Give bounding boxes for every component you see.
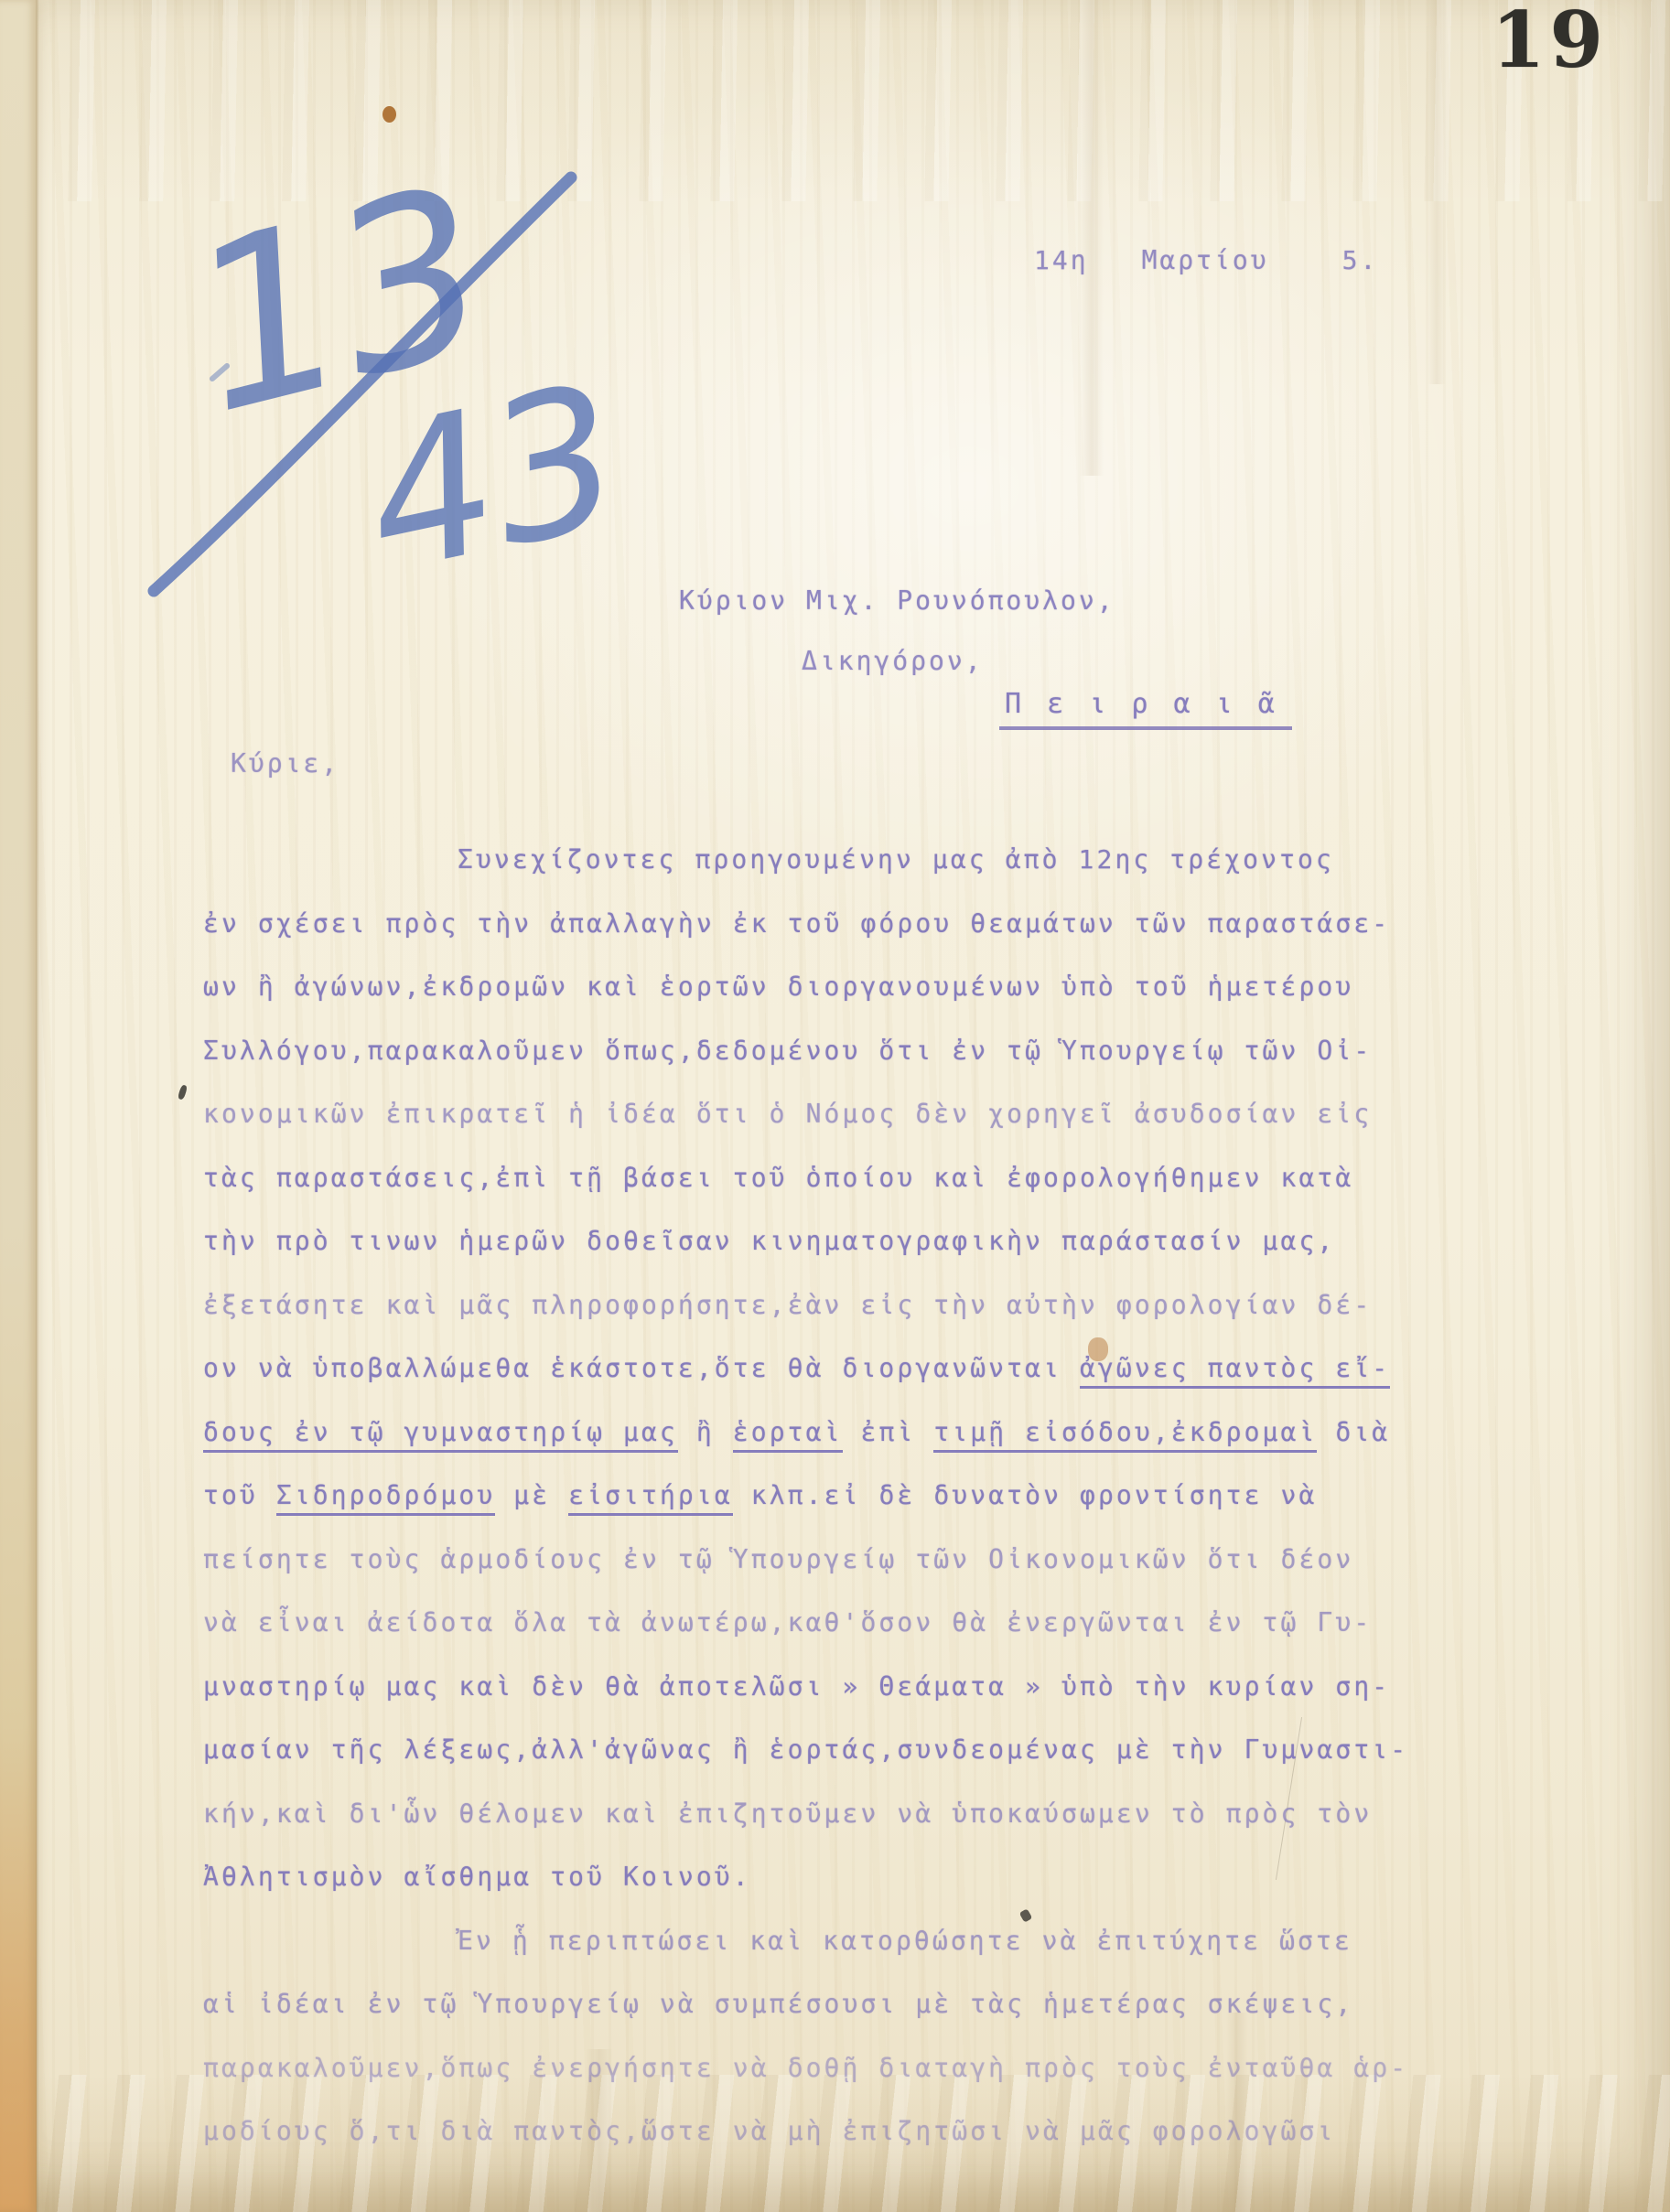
paper-crease	[1428, 0, 1446, 384]
body-text-segment: μὲ	[495, 1480, 568, 1510]
date-month: Μαρτίου	[1142, 245, 1269, 275]
body-line: κήν,καὶ δι'ὧν θέλομεν καὶ ἐπιζητοῦμεν νὰ…	[203, 1782, 1457, 1846]
body-text-segment: νὰ εἶναι ἀείδοτα ὅλα τὰ ἀνωτέρω,καθ'ὅσον…	[203, 1607, 1372, 1638]
body-text-segment: Ἀθλητισμὸν αἴσθημα τοῦ Κοινοῦ.	[203, 1862, 751, 1892]
body-text-segment: μασίαν τῆς λέξεως,ἀλλ'ἀγῶνας ἢ ἑορτάς,συ…	[203, 1734, 1408, 1765]
ink-speck	[178, 1084, 189, 1100]
salutation: Κύριε,	[231, 748, 339, 778]
underlined-text: ἑορταὶ	[733, 1417, 843, 1453]
body-line: ἐξετάσητε καὶ μᾶς πληροφορήσητε,ἐὰν εἰς …	[203, 1273, 1457, 1337]
body-text-segment: κλπ.εἰ δὲ δυνατὸν φροντίσητε νὰ	[733, 1480, 1318, 1510]
body-line: μασίαν τῆς λέξεως,ἀλλ'ἀγῶνας ἢ ἑορτάς,συ…	[203, 1718, 1457, 1782]
date-year: 5.	[1342, 245, 1379, 275]
body-text-segment: ἐξετάσητε καὶ μᾶς πληροφορήσητε,ἐὰν εἰς …	[203, 1290, 1372, 1320]
underlined-text: δους ἐν τῷ γυμναστηρίῳ μας	[203, 1417, 678, 1453]
body-text-segment: Συνεχίζοντες προηγουμένην μας ἀπὸ 12ης τ…	[458, 844, 1334, 875]
pencil-tick	[212, 366, 227, 379]
body-text-segment: τοῦ	[203, 1480, 276, 1510]
body-line: πείσητε τοὺς ἁρμοδίους ἐν τῷ Ὑπουργείῳ τ…	[203, 1528, 1457, 1592]
body-text-segment: ἐν σχέσει πρὸς τὴν ἀπαλλαγὴν ἐκ τοῦ φόρο…	[203, 908, 1390, 939]
body-text-segment: μοδίους ὅ,τι διὰ παντὸς,ὥστε νὰ μὴ ἐπιζη…	[203, 2116, 1335, 2146]
body-text-segment: ἢ	[678, 1417, 733, 1447]
folio-number: 19	[1492, 0, 1608, 85]
body-line: Συνεχίζοντες προηγουμένην μας ἀπὸ 12ης τ…	[203, 828, 1457, 892]
body-text-segment: διὰ	[1317, 1417, 1390, 1447]
date-line: 14ηΜαρτίου5.	[1034, 245, 1378, 275]
body-line: ον νὰ ὑποβαλλώμεθα ἑκάστοτε,ὅτε θὰ διοργ…	[203, 1337, 1457, 1401]
recipient-name: Κύριον Μιχ. Ρουνόπουλον,	[679, 585, 1115, 616]
body-text-segment: Συλλόγου,παρακαλοῦμεν ὅπως,δεδομένου ὅτι…	[203, 1036, 1372, 1066]
body-line: ἐν σχέσει πρὸς τὴν ἀπαλλαγὴν ἐκ τοῦ φόρο…	[203, 892, 1457, 956]
recipient-city: Π ε ι ρ α ι ᾶ	[999, 688, 1292, 730]
binding-edge	[0, 0, 37, 2212]
body-text-segment: τὰς παραστάσεις,ἐπὶ τῇ βάσει τοῦ ὁποίου …	[203, 1163, 1353, 1193]
body-line: μοδίους ὅ,τι διὰ παντὸς,ὥστε νὰ μὴ ἐπιζη…	[203, 2099, 1457, 2164]
body-line: αἱ ἰδέαι ἐν τῷ Ὑπουργείῳ νὰ συμπέσουσι μ…	[203, 1972, 1457, 2036]
scanned-letter-page: 19 13 43 14ηΜαρτίου5. Κύριον Μιχ. Ρουνόπ…	[0, 0, 1670, 2212]
underlined-text: ἀγῶνες παντὸς εἴ-	[1080, 1353, 1390, 1389]
body-text-segment: τὴν πρὸ τινων ἡμερῶν δοθεῖσαν κινηματογρ…	[203, 1226, 1335, 1256]
body-text-segment: μναστηρίῳ μας καὶ δὲν θὰ ἀποτελῶσι » Θεά…	[203, 1671, 1390, 1702]
body-line: παρακαλοῦμεν,ὅπως ἐνεργήσητε νὰ δοθῇ δια…	[203, 2036, 1457, 2100]
body-text-segment: κονομικῶν ἐπικρατεῖ ἡ ἰδέα ὅτι ὁ Νόμος δ…	[203, 1099, 1372, 1129]
body-text-segment: ἐπὶ	[843, 1417, 934, 1447]
underlined-text: Σιδηροδρόμου	[276, 1480, 496, 1516]
body-line: τὴν πρὸ τινων ἡμερῶν δοθεῖσαν κινηματογρ…	[203, 1209, 1457, 1273]
recipient-title: Δικηγόρον,	[802, 646, 984, 676]
underlined-text: τιμῇ εἰσόδου,ἐκδρομαὶ	[933, 1417, 1317, 1453]
body-line: Ἐν ᾗ περιπτώσει καὶ κατορθώσητε νὰ ἐπιτύ…	[203, 1909, 1457, 1973]
body-line: μναστηρίῳ μας καὶ δὲν θὰ ἀποτελῶσι » Θεά…	[203, 1655, 1457, 1719]
body-text-segment: πείσητε τοὺς ἁρμοδίους ἐν τῷ Ὑπουργείῳ τ…	[203, 1544, 1353, 1574]
body-text-segment: παρακαλοῦμεν,ὅπως ἐνεργήσητε νὰ δοθῇ δια…	[203, 2053, 1408, 2083]
date-day: 14η	[1034, 245, 1089, 275]
handwritten-slash	[154, 177, 571, 591]
paper-top-wrinkles	[0, 0, 1670, 201]
body-text-segment: κήν,καὶ δι'ὧν θέλομεν καὶ ἐπιζητοῦμεν νὰ…	[203, 1799, 1372, 1829]
body-text-segment: ον νὰ ὑποβαλλώμεθα ἑκάστοτε,ὅτε θὰ διοργ…	[203, 1353, 1080, 1383]
underlined-text: εἰσιτήρια	[568, 1480, 733, 1516]
body-line: τὰς παραστάσεις,ἐπὶ τῇ βάσει τοῦ ὁποίου …	[203, 1146, 1457, 1210]
body-text-segment: ων ἢ ἀγώνων,ἐκδρομῶν καὶ ἑορτῶν διοργανο…	[203, 972, 1353, 1002]
body-line: νὰ εἶναι ἀείδοτα ὅλα τὰ ἀνωτέρω,καθ'ὅσον…	[203, 1591, 1457, 1655]
body-line: ων ἢ ἀγώνων,ἐκδρομῶν καὶ ἑορτῶν διοργανο…	[203, 955, 1457, 1019]
body-text-segment: Ἐν ᾗ περιπτώσει καὶ κατορθώσητε νὰ ἐπιτύ…	[458, 1926, 1352, 1956]
paper-stain	[382, 106, 396, 123]
body-line: Συλλόγου,παρακαλοῦμεν ὅπως,δεδομένου ὅτι…	[203, 1019, 1457, 1083]
paper-crease	[1080, 0, 1104, 476]
body-text-segment: αἱ ἰδέαι ἐν τῷ Ὑπουργείῳ νὰ συμπέσουσι μ…	[203, 1989, 1353, 2019]
body-line: κονομικῶν ἐπικρατεῖ ἡ ἰδέα ὅτι ὁ Νόμος δ…	[203, 1082, 1457, 1146]
letter-body: Συνεχίζοντες προηγουμένην μας ἀπὸ 12ης τ…	[203, 828, 1457, 2164]
handwritten-denominator: 43	[347, 340, 640, 617]
body-line: δους ἐν τῷ γυμναστηρίῳ μας ἢ ἑορταὶ ἐπὶ …	[203, 1401, 1457, 1465]
body-line: Ἀθλητισμὸν αἴσθημα τοῦ Κοινοῦ.	[203, 1845, 1457, 1909]
body-line: τοῦ Σιδηροδρόμου μὲ εἰσιτήρια κλπ.εἰ δὲ …	[203, 1464, 1457, 1528]
